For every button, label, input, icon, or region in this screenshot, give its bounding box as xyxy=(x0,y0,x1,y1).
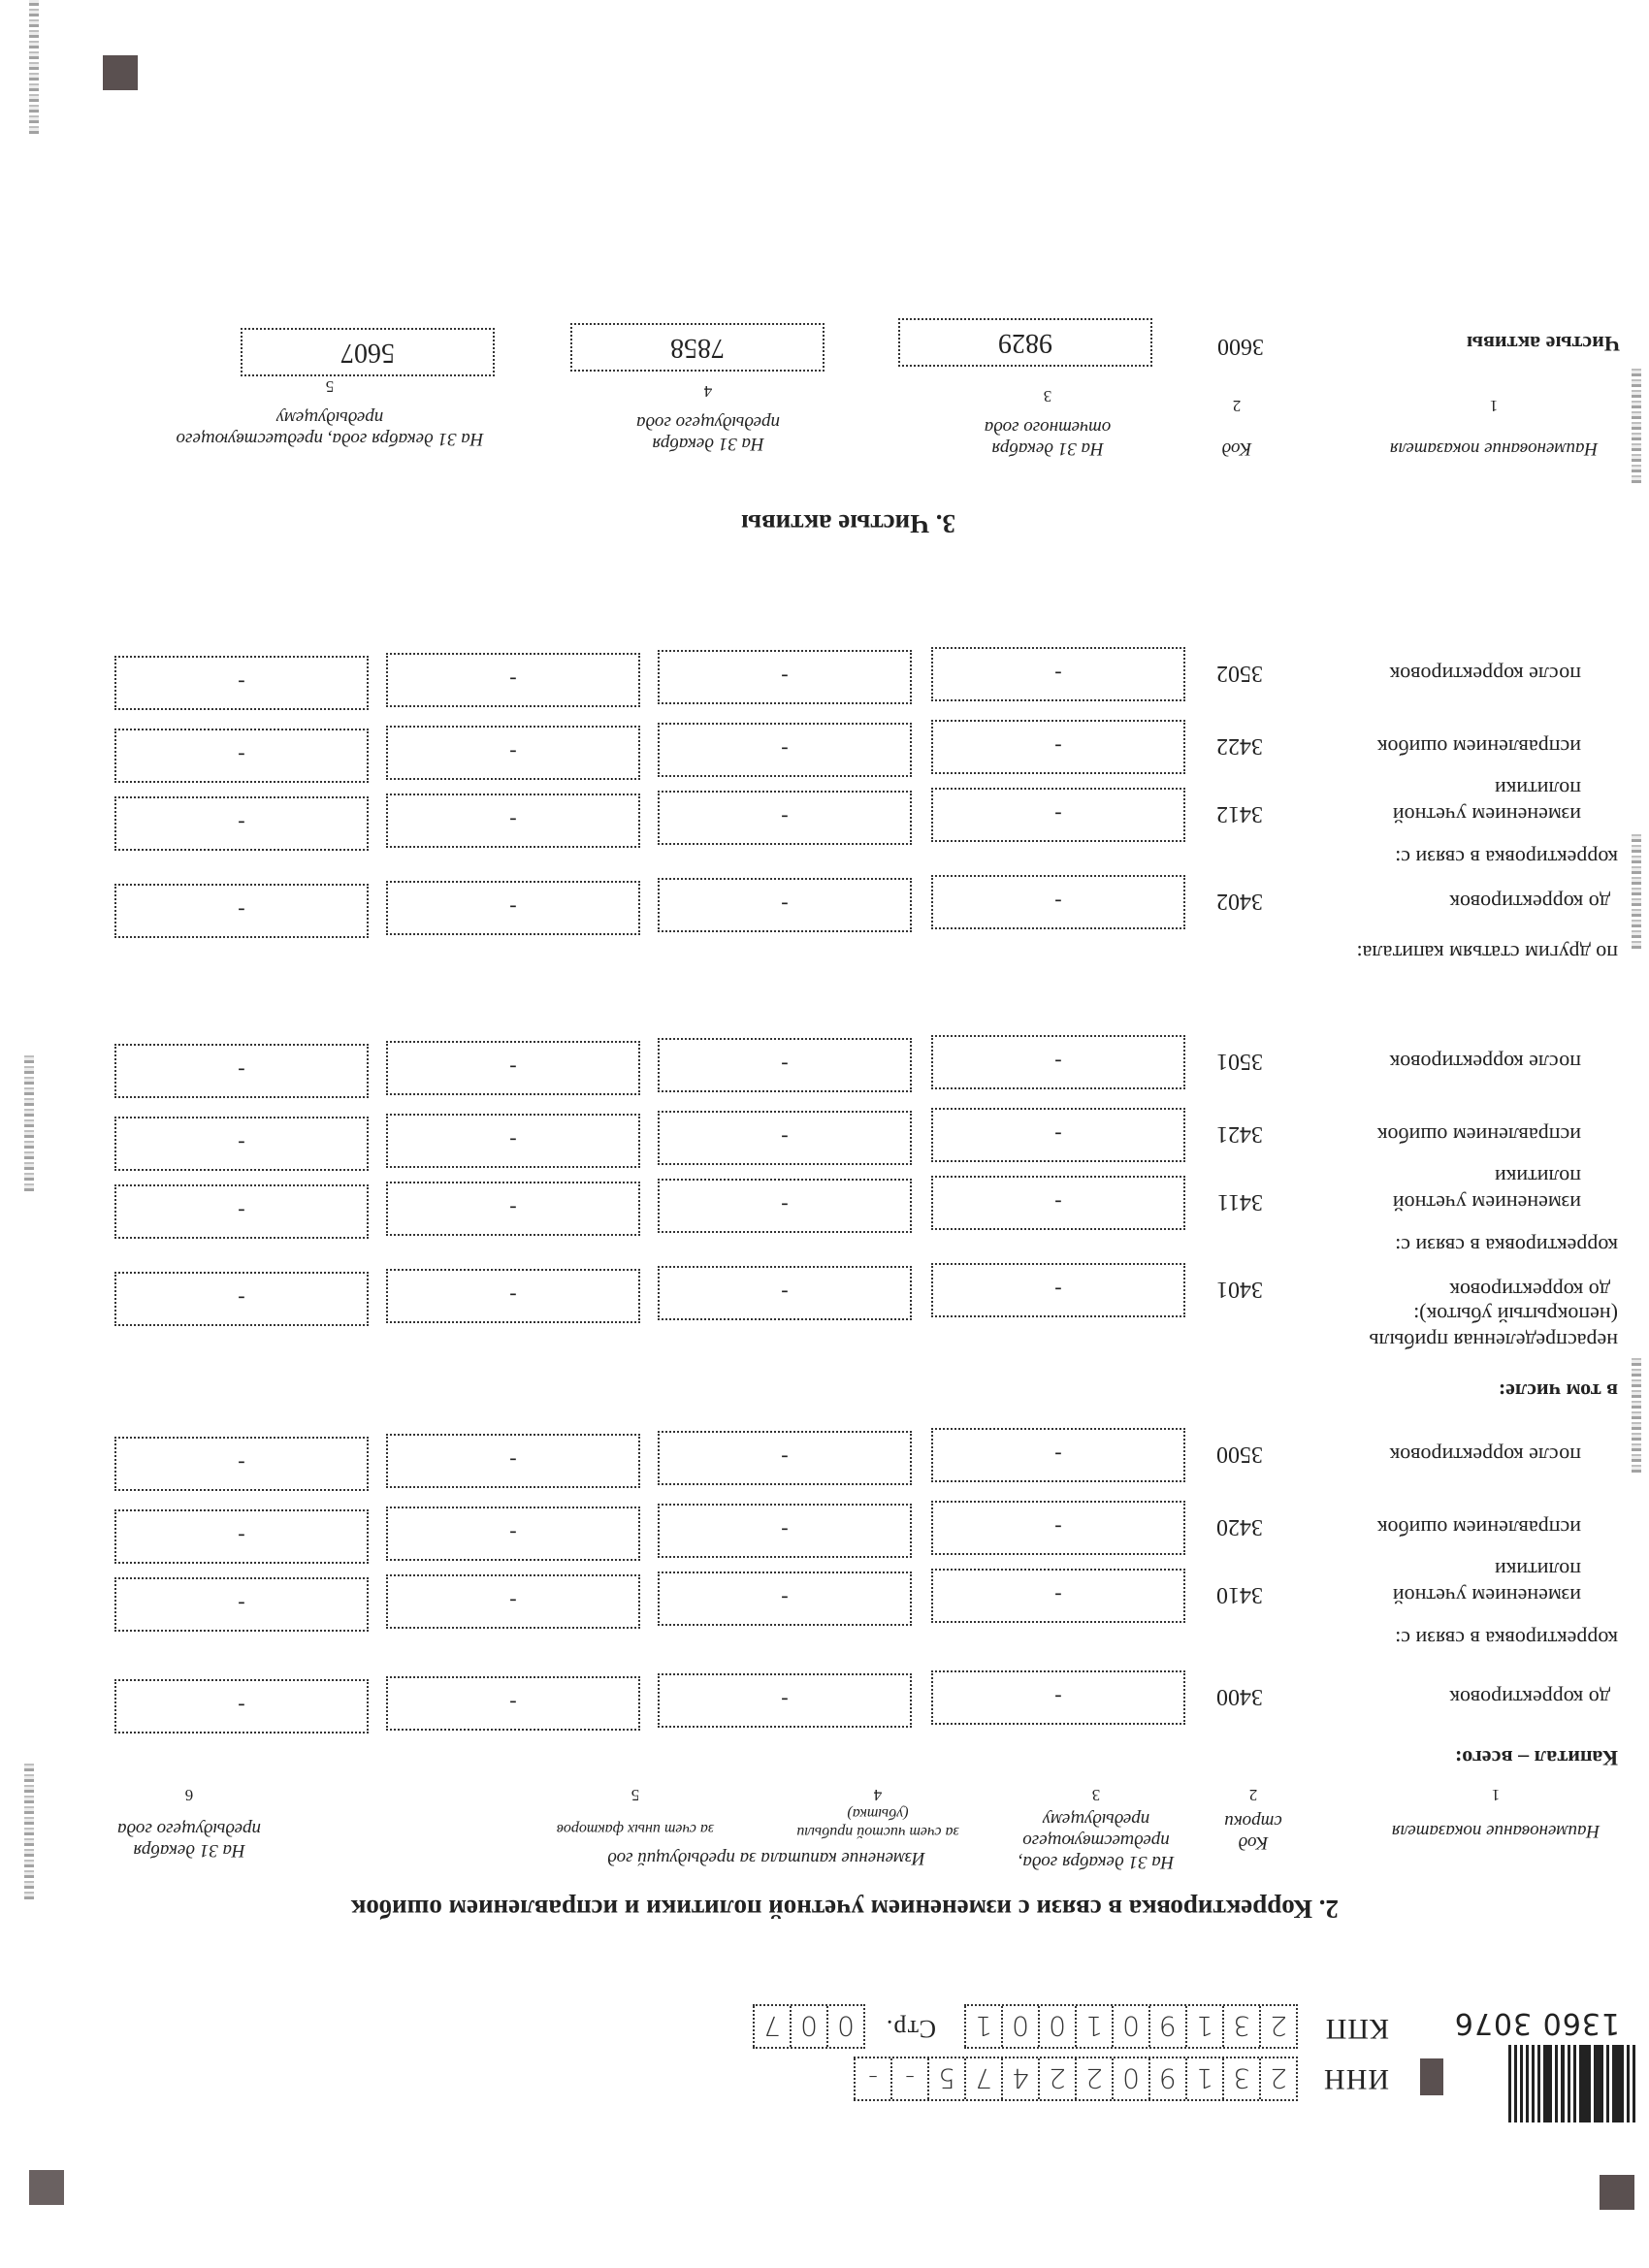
digit-cell: 2 xyxy=(1259,2058,1296,2099)
s2-col-num: 1 xyxy=(1370,1785,1622,1804)
other-capital-label: по другим статьям капитала: xyxy=(1357,940,1619,966)
s3-col-code: Код xyxy=(1208,437,1266,459)
value-field-3411-col3[interactable]: - xyxy=(931,1176,1185,1230)
corner-marker-top-right xyxy=(29,2170,64,2205)
digit-cell: 0 xyxy=(1001,2006,1038,2047)
digit-cell: 1 xyxy=(1185,2006,1222,2047)
value-field-3502-col5[interactable]: - xyxy=(386,653,640,707)
value-field-3400-col3[interactable]: - xyxy=(931,1670,1185,1725)
value-field-3401-col5[interactable]: - xyxy=(386,1269,640,1323)
section-2-title: 2. Корректировка в связи с изменением уч… xyxy=(223,1894,1339,1924)
s2-col-prev-year: На 31 декабря предыдущего года xyxy=(116,1818,262,1861)
inn-marker xyxy=(1420,2058,1443,2095)
s3-col-prev-prev: На 31 декабря года, предшествующего пред… xyxy=(175,406,485,449)
row-code: 3410 xyxy=(1216,1581,1263,1607)
s2-col-num: 3 xyxy=(999,1785,1193,1804)
value-field-3502-col4[interactable]: - xyxy=(658,650,912,704)
s2-col-num: 6 xyxy=(116,1785,262,1804)
including-label: в том числе: xyxy=(1499,1378,1618,1405)
value-field-3412-col3[interactable]: - xyxy=(931,788,1185,842)
retained-earnings-label: нераспределенная прибыль (непокрытый убы… xyxy=(1366,1302,1618,1354)
digit-cell: 0 xyxy=(1112,2058,1148,2099)
row-code: 3411 xyxy=(1217,1188,1263,1215)
value-field-3400-col6[interactable]: - xyxy=(114,1679,369,1733)
adjustment-label: корректировка в связи с: xyxy=(1395,1626,1618,1652)
value-field-3420-col4[interactable]: - xyxy=(658,1504,912,1558)
digit-cell: 3 xyxy=(1222,2058,1259,2099)
digit-cell: 1 xyxy=(964,2006,1001,2047)
digit-cell: 2 xyxy=(1075,2058,1112,2099)
s2-col-other-factors: за счет иных факторов xyxy=(529,1818,742,1839)
digit-cell: 2 xyxy=(1038,2058,1075,2099)
row-label: изменением учетной политики xyxy=(1387,1557,1581,1609)
value-field-3400-col4[interactable]: - xyxy=(658,1673,912,1728)
value-field-3421-col3[interactable]: - xyxy=(931,1108,1185,1162)
digit-cell: 1 xyxy=(1185,2058,1222,2099)
inn-label: ИНН xyxy=(1323,2062,1389,2095)
s3-col-num: 5 xyxy=(175,376,485,396)
value-field-3500-col3[interactable]: - xyxy=(931,1428,1185,1482)
value-field-3401-col3[interactable]: - xyxy=(931,1263,1185,1317)
scan-artifact xyxy=(1632,832,1641,949)
value-field-3500-col5[interactable]: - xyxy=(386,1434,640,1488)
s3-col-current-year: На 31 декабря отчетного года xyxy=(951,416,1145,459)
value-field-3412-col6[interactable]: - xyxy=(114,796,369,851)
s2-col-name: Наименование показателя xyxy=(1370,1820,1622,1841)
value-field-3501-col4[interactable]: - xyxy=(658,1038,912,1092)
value-field-3502-col3[interactable]: - xyxy=(931,647,1185,701)
value-field-3411-col6[interactable]: - xyxy=(114,1184,369,1239)
row-label: исправлением ошибок xyxy=(1290,734,1581,761)
kpp-field: 231901001 xyxy=(964,2004,1298,2049)
value-field-3420-col5[interactable]: - xyxy=(386,1507,640,1561)
value-field-3501-col5[interactable]: - xyxy=(386,1041,640,1095)
value-field-3502-col6[interactable]: - xyxy=(114,656,369,710)
scan-artifact xyxy=(24,1764,34,1899)
digit-cell: - xyxy=(890,2058,927,2099)
scan-artifact xyxy=(1632,1356,1641,1473)
row-label: до корректировок xyxy=(1319,1278,1610,1304)
net-assets-label: Чистые активы xyxy=(1467,331,1620,357)
net-assets-current-year[interactable]: 9829 xyxy=(898,318,1152,367)
barcode xyxy=(1508,2045,1635,2122)
digit-cell: 0 xyxy=(1038,2006,1075,2047)
scan-artifact xyxy=(24,1055,34,1191)
value-field-3422-col3[interactable]: - xyxy=(931,720,1185,774)
value-field-3411-col5[interactable]: - xyxy=(386,1182,640,1236)
corner-marker-bottom-right xyxy=(103,55,138,90)
row-code: 3402 xyxy=(1216,888,1263,914)
s2-col-num: 4 xyxy=(781,1785,975,1804)
adjustment-label: корректировка в связи с: xyxy=(1395,1233,1618,1259)
row-code: 3502 xyxy=(1216,660,1263,686)
row-code: 3501 xyxy=(1216,1048,1263,1074)
value-field-3401-col4[interactable]: - xyxy=(658,1266,912,1320)
value-field-3410-col3[interactable]: - xyxy=(931,1569,1185,1623)
digit-cell: 4 xyxy=(1001,2058,1038,2099)
value-field-3422-col6[interactable]: - xyxy=(114,729,369,783)
digit-cell: 0 xyxy=(1112,2006,1148,2047)
value-field-3402-col3[interactable]: - xyxy=(931,875,1185,929)
value-field-3410-col4[interactable]: - xyxy=(658,1571,912,1626)
value-field-3402-col4[interactable]: - xyxy=(658,878,912,932)
kpp-label: КПП xyxy=(1325,2012,1389,2045)
value-field-3402-col6[interactable]: - xyxy=(114,884,369,938)
digit-cell: 0 xyxy=(826,2006,863,2047)
value-field-3500-col4[interactable]: - xyxy=(658,1431,912,1485)
row-label: до корректировок xyxy=(1319,890,1610,916)
value-field-3421-col6[interactable]: - xyxy=(114,1117,369,1171)
value-field-3412-col4[interactable]: - xyxy=(658,791,912,845)
s2-col-change: Изменение капитала за предыдущий год xyxy=(563,1847,970,1868)
net-assets-code: 3600 xyxy=(1217,333,1264,359)
row-label: после корректировок xyxy=(1290,662,1581,688)
row-label: до корректировок xyxy=(1319,1685,1610,1711)
row-label: исправлением ошибок xyxy=(1290,1122,1581,1149)
row-code: 3400 xyxy=(1216,1683,1263,1709)
capital-total-label: Капитал – всего: xyxy=(1455,1745,1618,1771)
digit-cell: 2 xyxy=(1259,2006,1296,2047)
row-label: исправлением ошибок xyxy=(1290,1515,1581,1541)
value-field-3400-col5[interactable]: - xyxy=(386,1676,640,1731)
adjustment-label: корректировка в связи с: xyxy=(1395,845,1618,871)
value-field-3422-col5[interactable]: - xyxy=(386,726,640,780)
value-field-3421-col4[interactable]: - xyxy=(658,1111,912,1165)
row-code: 3500 xyxy=(1216,1441,1263,1467)
row-label: после корректировок xyxy=(1290,1050,1581,1076)
value-field-3500-col6[interactable]: - xyxy=(114,1437,369,1491)
value-field-3411-col4[interactable]: - xyxy=(658,1179,912,1233)
value-field-3410-col6[interactable]: - xyxy=(114,1577,369,1632)
value-field-3421-col5[interactable]: - xyxy=(386,1114,640,1168)
digit-cell: 7 xyxy=(964,2058,1001,2099)
page-number-field: 007 xyxy=(753,2004,865,2049)
s3-col-num: 4 xyxy=(601,381,815,401)
digit-cell: 5 xyxy=(927,2058,964,2099)
value-field-3412-col5[interactable]: - xyxy=(386,794,640,848)
form-page: 1360 3076 ИНН 2319022475-- КПП 231901001… xyxy=(0,0,1649,2268)
scan-artifact xyxy=(29,0,39,134)
inn-field: 2319022475-- xyxy=(854,2057,1298,2101)
net-assets-prev-prev-year[interactable]: 5607 xyxy=(241,328,495,376)
digit-cell: 9 xyxy=(1148,2058,1185,2099)
row-code: 3422 xyxy=(1216,732,1263,759)
s3-col-num: 3 xyxy=(951,386,1145,405)
barcode-number: 1360 3076 xyxy=(1454,2006,1620,2040)
row-label: изменением учетной политики xyxy=(1387,776,1581,828)
digit-cell: 9 xyxy=(1148,2006,1185,2047)
digit-cell: 1 xyxy=(1075,2006,1112,2047)
row-label: изменением учетной политики xyxy=(1387,1164,1581,1216)
value-field-3420-col6[interactable]: - xyxy=(114,1509,369,1564)
s2-col-prev-prev: На 31 декабря года, предшествующего пред… xyxy=(999,1808,1193,1872)
s3-col-name: Наименование показателя xyxy=(1368,437,1620,459)
corner-marker-top-left xyxy=(1600,2175,1634,2210)
s3-col-num: 2 xyxy=(1208,396,1266,415)
row-code: 3412 xyxy=(1216,800,1263,826)
row-code: 3421 xyxy=(1216,1120,1263,1147)
row-code: 3401 xyxy=(1216,1276,1263,1302)
s3-col-num: 1 xyxy=(1368,396,1620,415)
s3-col-prev-year: На 31 декабря предыдущего года xyxy=(601,411,815,454)
digit-cell: 3 xyxy=(1222,2006,1259,2047)
row-label: после корректировок xyxy=(1290,1442,1581,1469)
value-field-3420-col3[interactable]: - xyxy=(931,1501,1185,1555)
value-field-3422-col4[interactable]: - xyxy=(658,723,912,777)
value-field-3501-col6[interactable]: - xyxy=(114,1044,369,1098)
value-field-3501-col3[interactable]: - xyxy=(931,1035,1185,1089)
digit-cell: 0 xyxy=(790,2006,826,2047)
s2-col-code: Код строки xyxy=(1224,1810,1282,1853)
value-field-3401-col6[interactable]: - xyxy=(114,1272,369,1326)
scan-artifact xyxy=(1632,367,1641,483)
s2-col-num: 5 xyxy=(529,1785,742,1804)
digit-cell: 7 xyxy=(753,2006,790,2047)
s2-col-num: 2 xyxy=(1224,1785,1282,1804)
value-field-3402-col5[interactable]: - xyxy=(386,881,640,935)
value-field-3410-col5[interactable]: - xyxy=(386,1574,640,1629)
section-3-title: 3. Чистые активы xyxy=(741,508,955,538)
page-label: Стр. xyxy=(886,2014,936,2043)
net-assets-prev-year[interactable]: 7858 xyxy=(570,323,824,372)
row-code: 3420 xyxy=(1216,1513,1263,1539)
digit-cell: - xyxy=(854,2058,890,2099)
s2-col-net-profit: за счет чистой прибыли (убытка) xyxy=(781,1804,975,1841)
